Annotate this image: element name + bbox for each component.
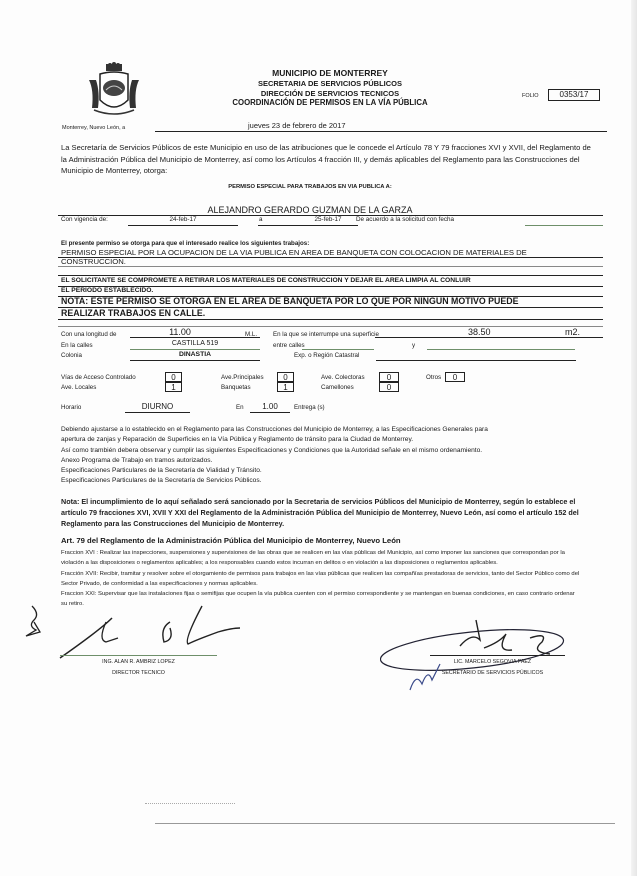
signature-icon: [380, 612, 580, 692]
banquetas-value: 1: [277, 382, 294, 392]
vias-label: Vías de Acceso Controlado: [61, 374, 136, 381]
commitment-line-1: EL SOLICITANTE SE COMPROMETE A RETIRAR L…: [61, 277, 471, 284]
entregas-underline: [250, 412, 290, 413]
street-underline: [130, 349, 260, 350]
works-line-1: PERMISO ESPECIAL POR LA OCUPACION DE LA …: [61, 248, 527, 257]
signer-name-1: ING. ALAN R. AMBRIZ LOPEZ: [60, 659, 217, 665]
signer-title-2: SECRETARIO DE SERVICIOS PÚBLICOS: [425, 670, 560, 676]
catastral-field[interactable]: [376, 360, 576, 361]
works-label: El presente permiso se otorga para que e…: [61, 240, 309, 247]
signer-title-1: DIRECTOR TECNICO: [60, 670, 217, 676]
nota-line-2: REALIZAR TRABAJOS EN CALLE.: [61, 308, 205, 318]
conditions-block: Debiendo ajustarse a lo establecido en e…: [61, 425, 606, 487]
org-line: SECRETARIA DE SERVICIOS PÚBLICOS: [200, 79, 460, 89]
scan-page-edge: [631, 0, 637, 876]
nota-underline-2: [58, 319, 603, 320]
request-date-label: De acuerdo a la solicitud con fecha: [356, 216, 454, 223]
length-label: Con una longitud de: [61, 331, 116, 338]
signer-name-2: LIC. MARCELO SEGOVIA PAEZ: [425, 659, 560, 665]
org-line: MUNICIPIO DE MONTERREY: [200, 68, 460, 79]
entregas-label: Entrega (s): [294, 404, 325, 411]
otros-label: Otros: [426, 374, 441, 381]
principales-label: Ave.Principales: [221, 374, 264, 381]
article-fraction: Fracción XVII: Recibir, tramitar y resol…: [61, 569, 581, 590]
folio-value: 0353/17: [548, 89, 600, 101]
condition-line: Así como trambién debera observar y cump…: [61, 446, 606, 456]
header-org: MUNICIPIO DE MONTERREY SECRETARIA DE SER…: [200, 68, 460, 108]
length-unit: M.L.: [245, 331, 257, 338]
street-value: CASTILLA 519: [130, 340, 260, 347]
measures-topline: [58, 326, 603, 327]
principales-value: 0: [277, 372, 294, 382]
intro-paragraph: La Secretaría de Servicios Públicos de e…: [61, 142, 593, 177]
org-line: DIRECCIÓN DE SERVICIOS TECNICOS: [200, 89, 460, 99]
entregas-value: 1.00: [250, 402, 290, 411]
and-label: y: [412, 342, 415, 349]
validity-label: Con vigencia de:: [61, 216, 108, 223]
coat-of-arms-icon: [86, 62, 142, 120]
surface-underline: [375, 337, 603, 338]
condition-line: Especificaciones Particulares de la Secr…: [61, 476, 606, 486]
street-label: En la calles: [61, 342, 93, 349]
length-value: 11.00: [130, 327, 230, 337]
article-fraction: Fraccion XVI : Realizar las inspecciones…: [61, 548, 581, 569]
colonia-underline: [130, 360, 260, 361]
surface-value: 38.50: [468, 327, 491, 337]
horario-label: Horario: [61, 404, 81, 411]
request-date-field: [525, 225, 603, 226]
length-underline: [130, 337, 260, 338]
grantee-name: ALEJANDRO GERARDO GUZMAN DE LA GARZA: [60, 205, 560, 215]
bottom-rule: [155, 823, 615, 824]
horario-underline: [125, 412, 190, 413]
catastral-label: Exp. o Región Catastral: [294, 352, 359, 359]
surface-label: En la que se interrumpe una superficie: [273, 331, 379, 338]
between-field-1[interactable]: [302, 349, 374, 350]
place-label: Monterrey, Nuevo León, a: [62, 125, 125, 131]
locales-label: Ave. Locales: [61, 384, 96, 391]
condition-line: Especificaciones Particulares de la Secr…: [61, 466, 606, 476]
banquetas-label: Banquetas: [221, 384, 251, 391]
commitment-topline: [58, 275, 603, 276]
validity-from: 24-feb-17: [128, 216, 238, 223]
sanction-note: Nota: El incumplimiento de lo aquí señal…: [61, 496, 589, 529]
article-title: Art. 79 del Reglamento de la Administrac…: [61, 536, 401, 545]
permit-title: PERMISO ESPECIAL PARA TRABAJOS EN VIA PU…: [60, 184, 560, 190]
otros-value: 0: [445, 372, 465, 382]
between-field-2[interactable]: [427, 349, 575, 350]
works-underline-1: [58, 257, 603, 258]
condition-line: apertura de zanjas y Reparación de Super…: [61, 435, 606, 445]
signature-icon: [20, 600, 240, 660]
camellones-value: 0: [379, 382, 399, 392]
issue-date: jueves 23 de febrero de 2017: [248, 121, 346, 130]
condition-line: Anexo Programa de Trabajo en tramos auto…: [61, 456, 606, 466]
date-underline: [155, 131, 607, 132]
validity-from-underline: [128, 225, 238, 226]
org-line: COORDINACIÓN DE PERMISOS EN LA VÍA PÚBLI…: [200, 98, 460, 108]
camellones-label: Camellones: [321, 384, 354, 391]
signature-line-1: [60, 655, 217, 656]
between-label: entre calles: [273, 342, 305, 349]
folio-label: FOLIO: [522, 93, 539, 99]
locales-value: 1: [165, 382, 182, 392]
works-line-2: CONSTRUCCION.: [61, 257, 126, 266]
colectoras-value: 0: [379, 372, 399, 382]
surface-unit: m2.: [565, 327, 580, 337]
scan-artifact: [145, 803, 235, 804]
colonia-value: DINASTIA: [130, 351, 260, 358]
en-label: En: [236, 404, 244, 411]
horario-value: DIURNO: [125, 402, 190, 411]
signature-line-2: [430, 655, 565, 656]
commitment-line-2: EL PERIODO ESTABLECIDO.: [61, 287, 153, 294]
vias-value: 0: [165, 372, 182, 382]
works-underline-2: [58, 266, 603, 267]
validity-to-underline: [258, 225, 358, 226]
nota-line-1: NOTA: ESTE PERMISO SE OTORGA EN EL AREA …: [61, 296, 518, 306]
condition-line: Debiendo ajustarse a lo establecido en e…: [61, 425, 606, 435]
colectoras-label: Ave. Colectoras: [321, 374, 365, 381]
colonia-label: Colonia: [61, 352, 82, 359]
